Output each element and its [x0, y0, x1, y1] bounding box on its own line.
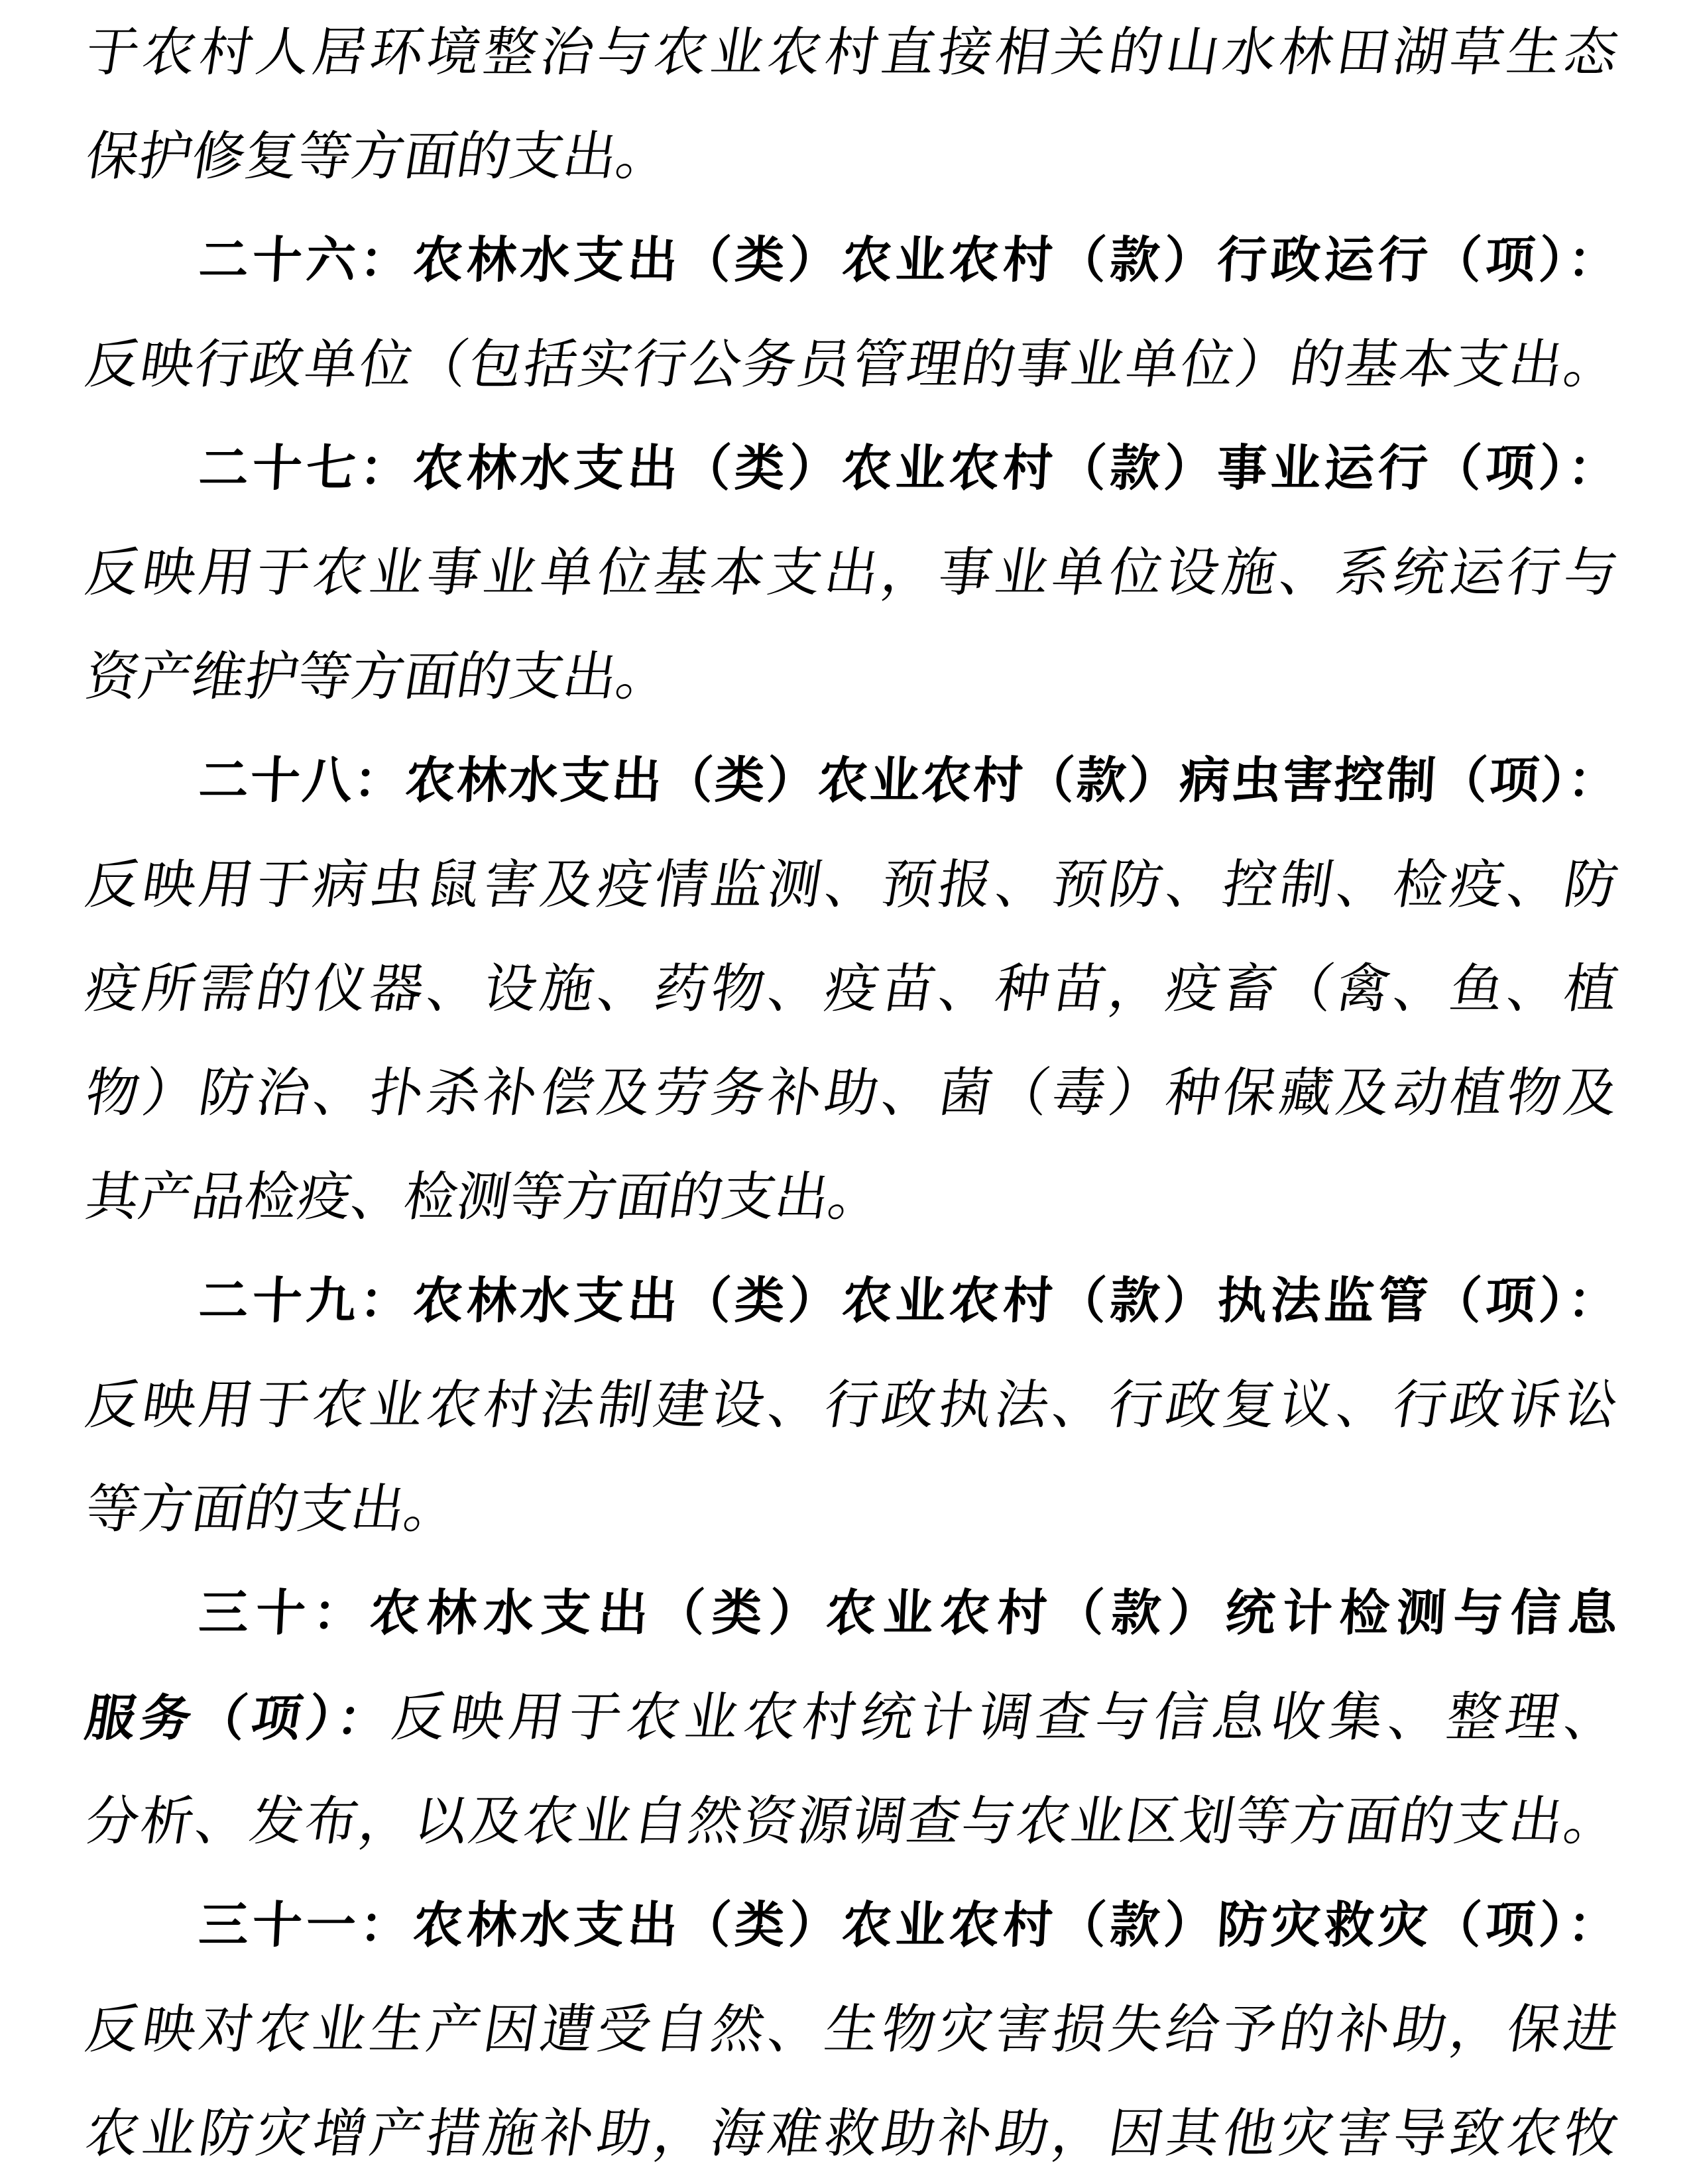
text-line: 农业防灾增产措施补助，海难救助补助，因其他灾害导致农牧 — [0, 2081, 1695, 2184]
text-line: 反映对农业生产因遭受自然、生物灾害损失给予的补助，保进 — [0, 1977, 1695, 2081]
text-line: 物）防治、扑杀补偿及劳务补助、菌（毒）种保藏及动植物及 — [0, 1041, 1695, 1145]
text-segment: 二十九：农林水支出（类）农业农村（款）执法监管（项）： — [198, 1271, 1619, 1330]
text-line: 反映行政单位（包括实行公务员管理的事业单位）的基本支出。 — [0, 312, 1695, 416]
text-segment: 反映对农业生产因遭受自然、生物灾害损失给予的补助，保进 — [82, 1998, 1623, 2060]
heading-line: 三十：农林水支出（类）农业农村（款）统计检测与信息 — [0, 1561, 1695, 1665]
heading-line: 三十一：农林水支出（类）农业农村（款）防灾救灾（项）： — [0, 1873, 1695, 1977]
text-segment: 保护修复等方面的支出。 — [82, 125, 675, 187]
text-line: 疫所需的仪器、设施、药物、疫苗、种苗，疫畜（禽、鱼、植 — [0, 937, 1695, 1041]
text-line: 反映用于农业农村法制建设、行政执法、行政复议、行政诉讼 — [0, 1353, 1695, 1457]
text-segment: 疫所需的仪器、设施、药物、疫苗、种苗，疫畜（禽、鱼、植 — [82, 958, 1623, 1019]
text-segment: 反映用于农业农村法制建设、行政执法、行政复议、行政诉讼 — [82, 1374, 1623, 1436]
document-body: 于农村人居环境整治与农业农村直接相关的山水林田湖草生态保护修复等方面的支出。二十… — [0, 0, 1695, 2184]
text-segment: 二十七：农林水支出（类）农业农村（款）事业运行（项）： — [198, 439, 1619, 497]
text-segment: 三十：农林水支出（类）农业农村（款）统计检测与信息 — [198, 1583, 1619, 1642]
text-segment: 二十六：农林水支出（类）农业农村（款）行政运行（项）： — [198, 231, 1619, 289]
heading-line: 二十九：农林水支出（类）农业农村（款）执法监管（项）： — [0, 1249, 1695, 1353]
text-line: 反映用于农业事业单位基本支出，事业单位设施、系统运行与 — [0, 520, 1695, 624]
text-segment: 物）防治、扑杀补偿及劳务补助、菌（毒）种保藏及动植物及 — [82, 1062, 1623, 1123]
document-page: 于农村人居环境整治与农业农村直接相关的山水林田湖草生态保护修复等方面的支出。二十… — [0, 0, 1695, 2184]
text-segment: 等方面的支出。 — [82, 1478, 463, 1540]
heading-line: 二十六：农林水支出（类）农业农村（款）行政运行（项）： — [0, 208, 1695, 312]
text-segment: 反映用于病虫鼠害及疫情监测、预报、预防、控制、检疫、防 — [82, 854, 1623, 915]
text-segment: 资产维护等方面的支出。 — [82, 646, 675, 707]
text-segment: 反映用于农业事业单位基本支出，事业单位设施、系统运行与 — [82, 542, 1623, 603]
text-segment: 农业防灾增产措施补助，海难救助补助，因其他灾害导致农牧 — [82, 2102, 1623, 2164]
text-segment: 服务（项）： — [82, 1689, 398, 1747]
text-segment: 二十八：农林水支出（类）农业农村（款）病虫害控制（项）： — [198, 751, 1619, 809]
text-segment: 其产品检疫、检测等方面的支出。 — [82, 1166, 887, 1228]
text-segment: 反映用于农业农村统计调查与信息收集、整理、 — [388, 1686, 1622, 1748]
text-segment: 分析、发布，以及农业自然资源调查与农业区划等方面的支出。 — [82, 1790, 1623, 1852]
text-line: 其产品检疫、检测等方面的支出。 — [0, 1145, 1695, 1249]
text-line: 服务（项）：反映用于农业农村统计调查与信息收集、整理、 — [0, 1665, 1695, 1769]
text-line: 等方面的支出。 — [0, 1457, 1695, 1561]
text-line: 保护修复等方面的支出。 — [0, 104, 1695, 208]
text-line: 分析、发布，以及农业自然资源调查与农业区划等方面的支出。 — [0, 1769, 1695, 1873]
text-segment: 三十一：农林水支出（类）农业农村（款）防灾救灾（项）： — [198, 1896, 1619, 1954]
text-line: 资产维护等方面的支出。 — [0, 624, 1695, 728]
heading-line: 二十八：农林水支出（类）农业农村（款）病虫害控制（项）： — [0, 728, 1695, 833]
text-segment: 反映行政单位（包括实行公务员管理的事业单位）的基本支出。 — [82, 333, 1623, 395]
text-line: 反映用于病虫鼠害及疫情监测、预报、预防、控制、检疫、防 — [0, 833, 1695, 937]
text-segment: 于农村人居环境整治与农业农村直接相关的山水林田湖草生态 — [82, 21, 1623, 83]
text-line: 于农村人居环境整治与农业农村直接相关的山水林田湖草生态 — [0, 0, 1695, 104]
heading-line: 二十七：农林水支出（类）农业农村（款）事业运行（项）： — [0, 416, 1695, 520]
